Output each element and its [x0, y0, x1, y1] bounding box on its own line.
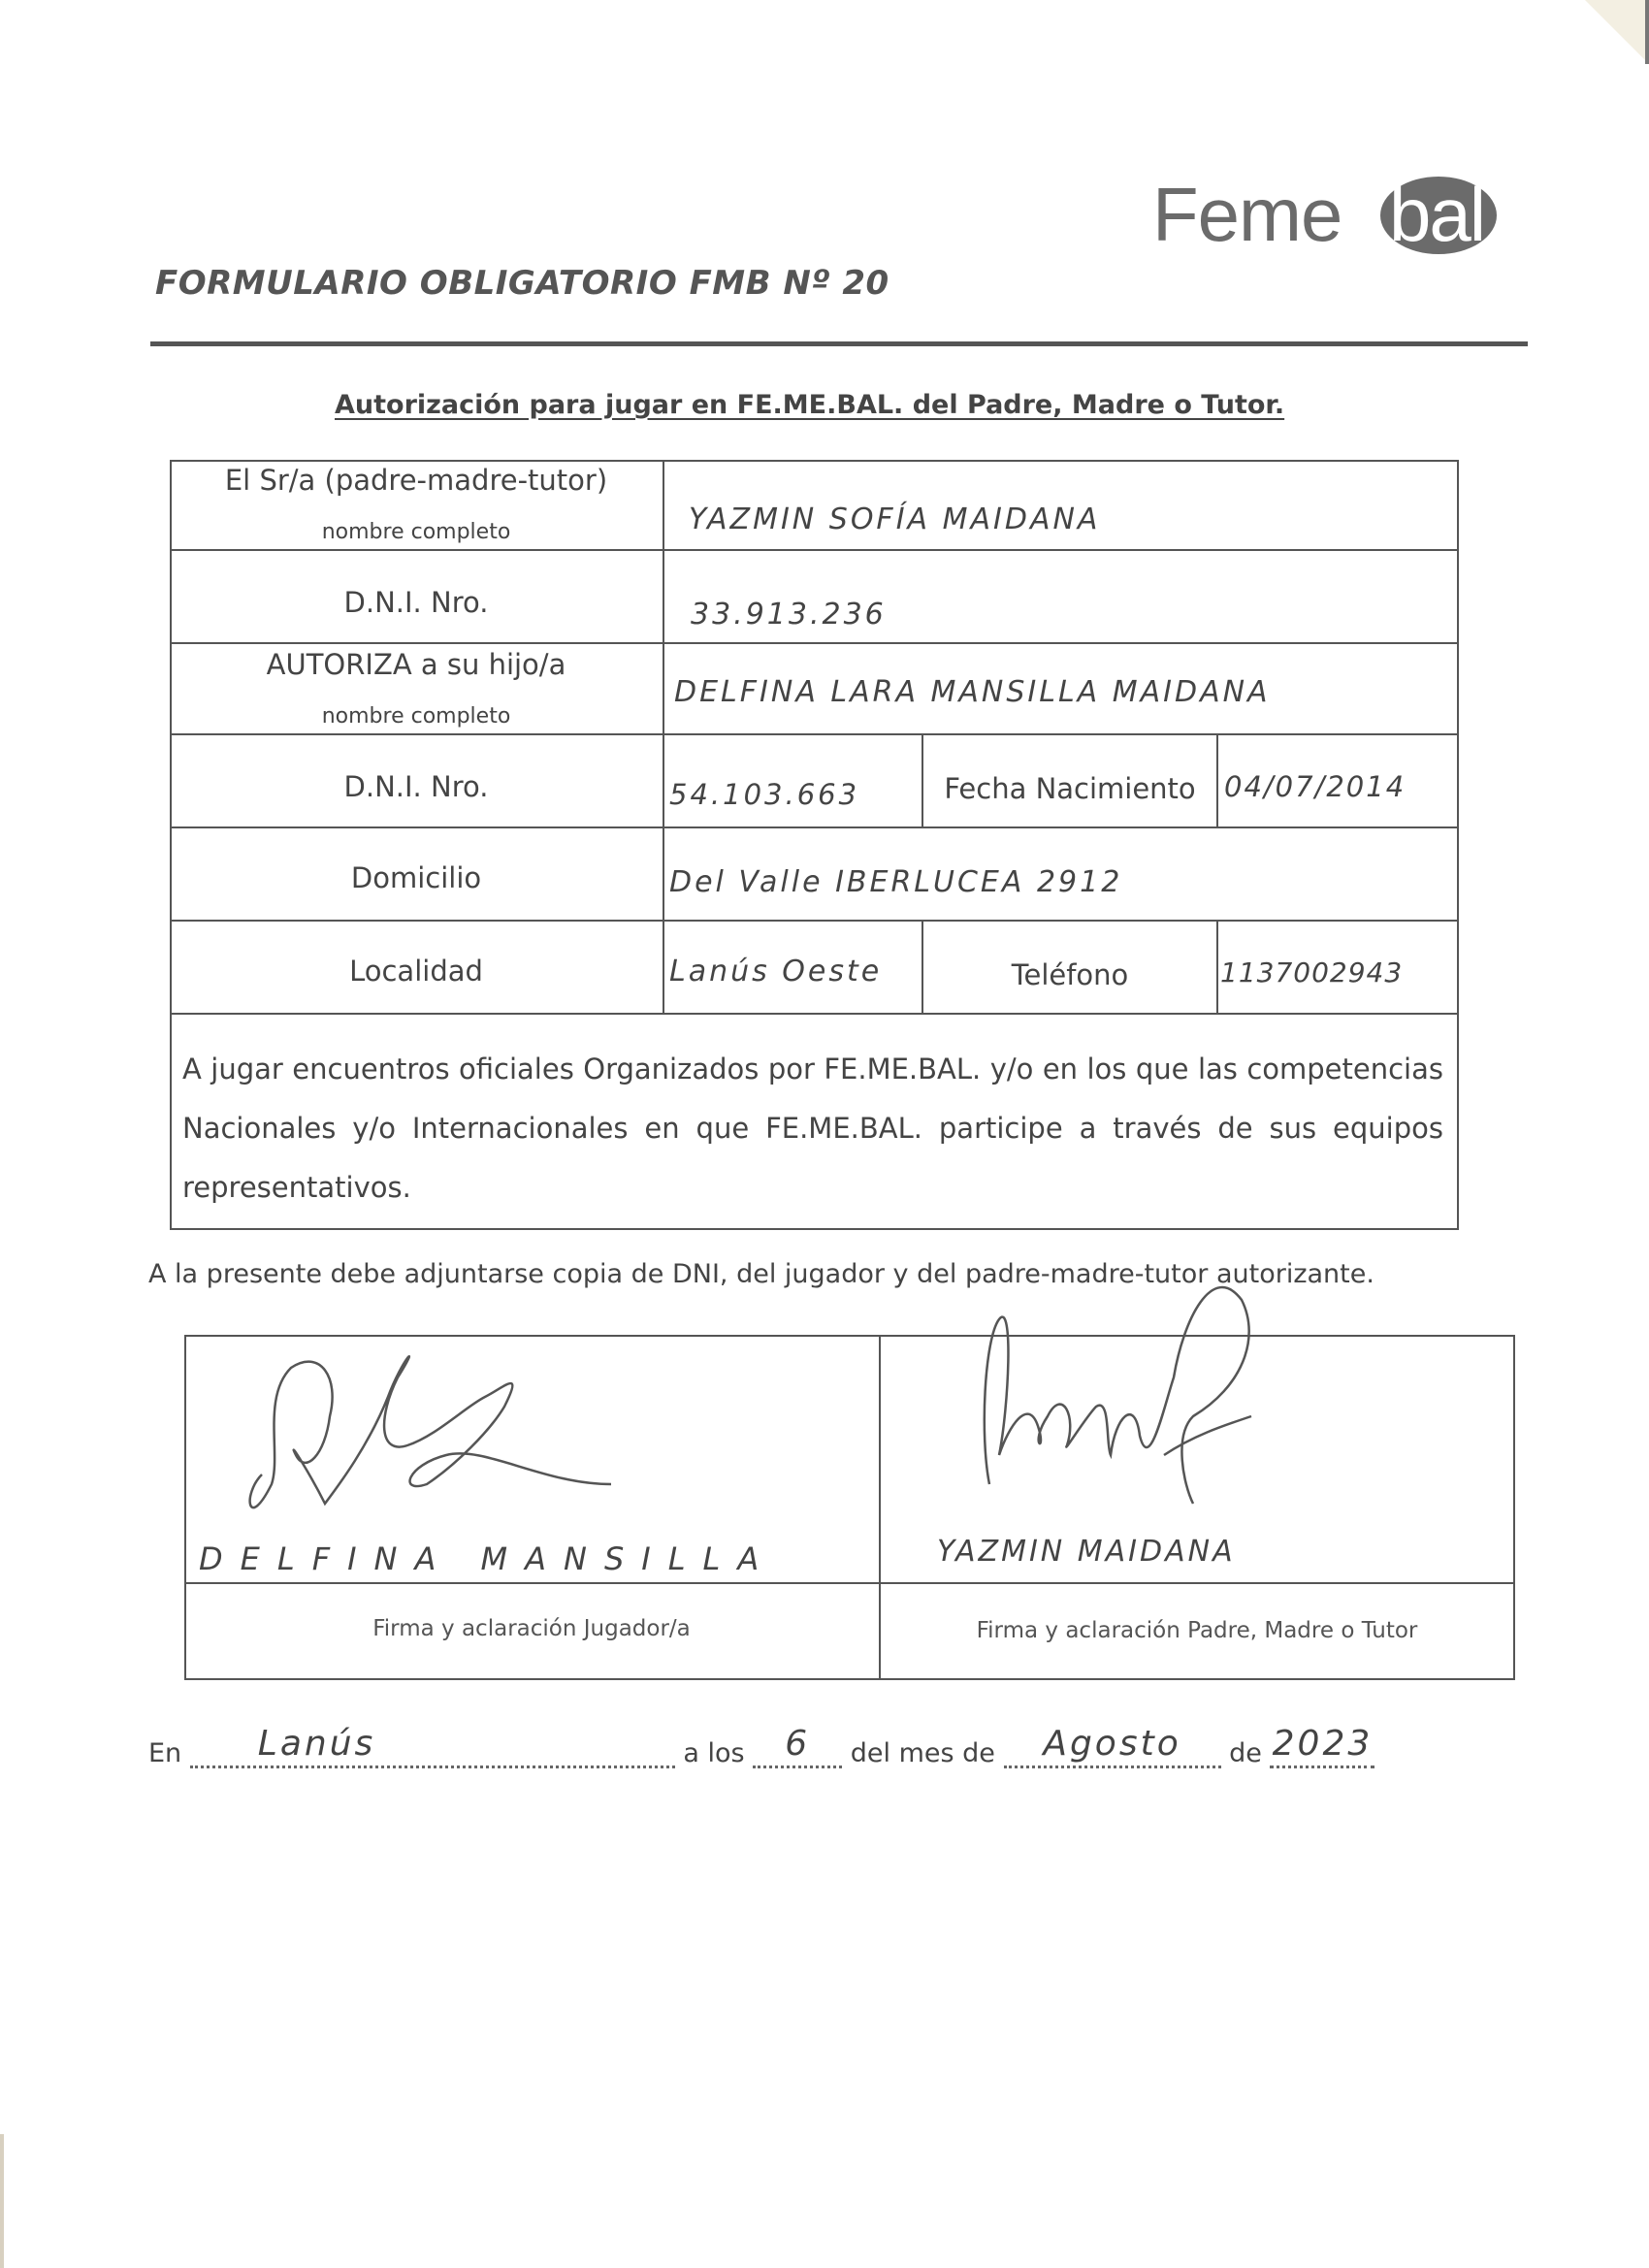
child-dni-label: D.N.I. Nro. — [170, 770, 663, 803]
month-label: del mes de — [851, 1738, 995, 1768]
guardian-name-field[interactable]: YAZMIN SOFÍA MAIDANA — [689, 502, 1100, 536]
locality-label: Localidad — [170, 955, 663, 988]
year-value: 2023 — [1270, 1724, 1374, 1764]
player-signature-caption: Firma y aclaración Jugador/a — [184, 1616, 879, 1641]
authorization-text: A jugar encuentros oficiales Organizados… — [182, 1040, 1443, 1217]
child-dni-field[interactable]: 54.103.663 — [669, 778, 859, 811]
column-divider — [1216, 733, 1218, 826]
player-printed-name: DELFINA MANSILLA — [199, 1540, 776, 1577]
guardian-signature-icon — [970, 1261, 1300, 1513]
guardian-printed-name: YAZMIN MAIDANA — [937, 1535, 1236, 1569]
place-field[interactable]: Lanús — [190, 1736, 675, 1768]
page-edge-shadow — [1645, 0, 1649, 64]
title-divider — [150, 341, 1528, 346]
guardian-dni-label: D.N.I. Nro. — [170, 586, 663, 619]
row-divider — [170, 1013, 1459, 1015]
child-label: AUTORIZA a su hijo/a — [170, 648, 663, 681]
row-divider — [170, 826, 1459, 828]
logo-text-oval: bal — [1389, 171, 1484, 258]
row-divider — [170, 549, 1459, 551]
page-edge-shadow-left — [0, 2134, 4, 2268]
row-divider — [184, 1582, 1515, 1584]
row-divider — [170, 920, 1459, 922]
phone-field[interactable]: 1137002943 — [1220, 956, 1403, 988]
guardian-sublabel: nombre completo — [170, 520, 663, 544]
femebal-logo: Feme bal — [1152, 171, 1521, 258]
phone-label: Teléfono — [923, 958, 1216, 991]
address-field[interactable]: Del Valle IBERLUCEA 2912 — [669, 865, 1122, 899]
form-subtitle: Autorización para jugar en FE.ME.BAL. de… — [335, 390, 1284, 420]
birthdate-field[interactable]: 04/07/2014 — [1224, 770, 1406, 803]
birthdate-label: Fecha Nacimiento — [923, 772, 1216, 805]
place-prefix: En — [148, 1738, 181, 1768]
day-field[interactable]: 6 — [753, 1736, 842, 1768]
year-label: de — [1229, 1738, 1262, 1768]
column-divider — [663, 460, 664, 1015]
guardian-dni-field[interactable]: 33.913.236 — [691, 598, 887, 632]
player-signature-icon — [233, 1339, 621, 1533]
child-sublabel: nombre completo — [170, 704, 663, 729]
guardian-label: El Sr/a (padre-madre-tutor) — [170, 464, 663, 497]
form-title: FORMULARIO OBLIGATORIO FMB Nº 20 — [155, 264, 889, 303]
month-value: Agosto — [1004, 1724, 1221, 1764]
page-fold-corner — [1585, 0, 1649, 64]
month-field[interactable]: Agosto — [1004, 1736, 1221, 1768]
guardian-signature-caption: Firma y aclaración Padre, Madre o Tutor — [879, 1618, 1515, 1643]
row-divider — [170, 733, 1459, 735]
locality-field[interactable]: Lanús Oeste — [669, 955, 882, 988]
child-name-field[interactable]: DELFINA LARA MANSILLA MAIDANA — [674, 675, 1271, 709]
year-field[interactable]: 2023 — [1270, 1736, 1374, 1768]
place-value: Lanús — [190, 1724, 675, 1764]
address-label: Domicilio — [170, 861, 663, 894]
column-divider — [1216, 920, 1218, 1013]
row-divider — [170, 642, 1459, 644]
logo-text-main: Feme — [1152, 171, 1342, 258]
day-value: 6 — [753, 1724, 842, 1764]
place-date-line: En Lanús a los 6 del mes de Agosto de 20… — [148, 1736, 1374, 1768]
days-label: a los — [683, 1738, 744, 1768]
